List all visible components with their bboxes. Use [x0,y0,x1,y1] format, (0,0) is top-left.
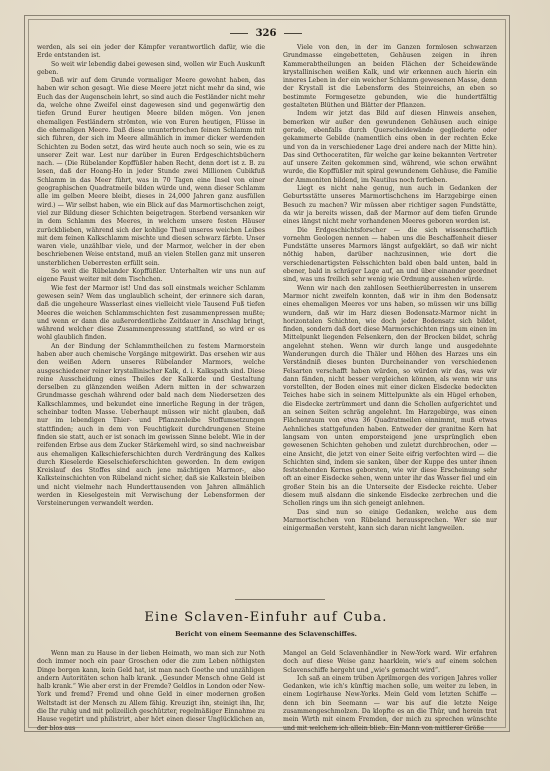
paragraph: Wenn wir nach den zahllosen Seethierüber… [283,285,497,509]
header-ornament-left [230,33,248,34]
paragraph: An der Bindung der Schlammtheilchen zu f… [37,343,265,509]
paragraph: Daß wir auf dem Grunde vormaliger Meere … [37,77,265,268]
article1-left-column: werden, als sei ein jeder der Kämpfer ve… [37,44,265,509]
paragraph: Indem wir jetzt das Bild auf diesen Hinw… [283,110,497,185]
header-ornament-right [284,33,302,34]
document-page: 326 werden, als sei ein jeder der Kämpfe… [0,0,550,771]
paragraph: werden, als sei ein jeder der Kämpfer ve… [37,44,265,61]
paragraph: Wie fest der Marmor ist! Und das soll ei… [37,285,265,343]
paragraph: So weit die Rübelander Kopffüßler. Unter… [37,268,265,285]
paragraph: Die Erdgeschichtsforscher — die sich wis… [283,227,497,285]
article2-right-column: Mangel an Geld Sclavenhändler in New-Yor… [283,650,497,733]
article1-right-column: Viele von den, in der im Ganzen formlose… [283,44,497,534]
paragraph: So weit wir lebendig dabei gewesen sind,… [37,61,265,78]
paragraph: Das sind nun so einige Gedanken, welche … [283,509,497,534]
paragraph: Ich saß an einem trüben Aprilmorgen des … [283,675,497,733]
paragraph: Liegt es nicht nahe genug, nun auch in G… [283,185,497,226]
article-title: Eine Sclaven-Einfuhr auf Cuba. [28,610,504,625]
paragraph: Mangel an Geld Sclavenhändler in New-Yor… [283,650,497,675]
article-subtitle: Bericht von einem Seemanne des Sclavensc… [28,630,504,638]
page-number: 326 [256,28,277,39]
article-separator-rule [235,599,325,600]
paragraph: Wenn man zu Hause in der lieben Heimath,… [37,650,265,733]
paragraph: Viele von den, in der im Ganzen formlose… [283,44,497,110]
article2-left-column: Wenn man zu Hause in der lieben Heimath,… [37,650,265,733]
page-header: 326 [28,24,504,42]
